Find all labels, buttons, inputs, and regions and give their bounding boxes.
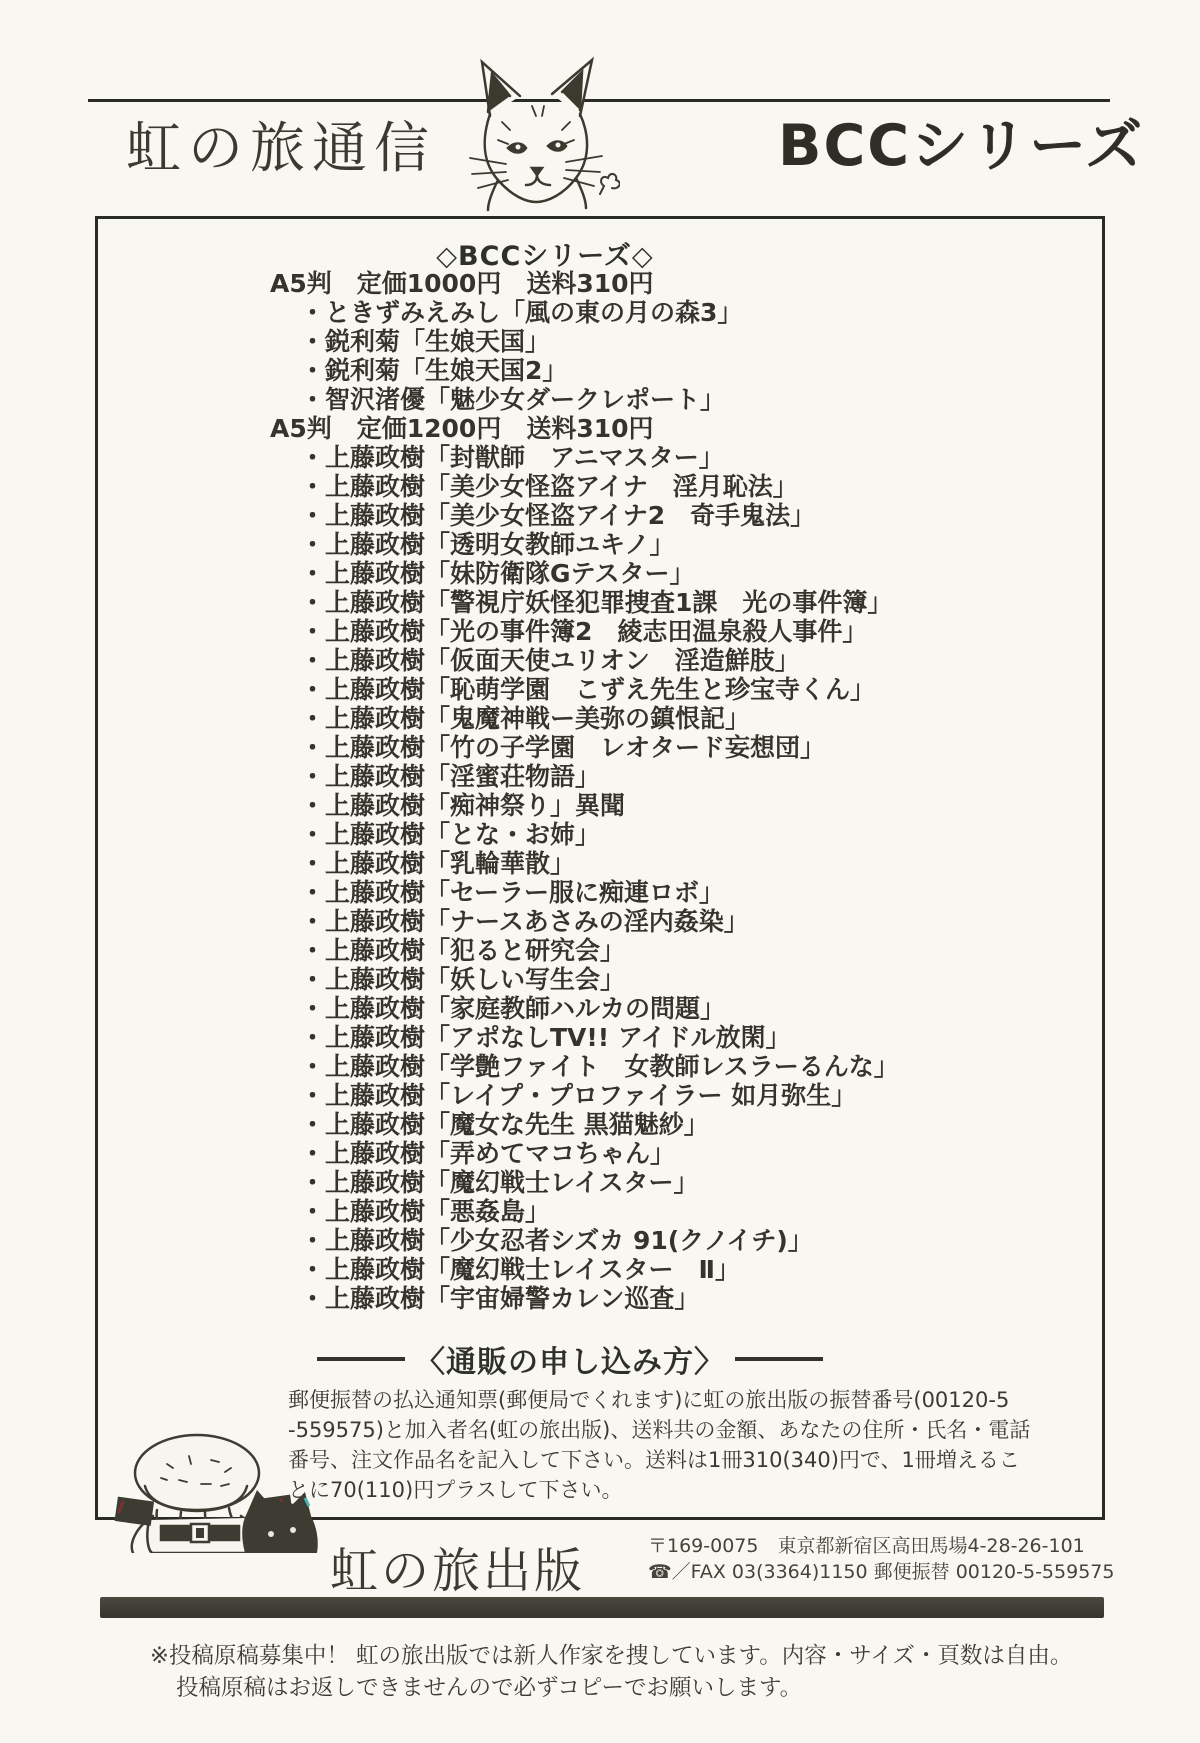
dash-rule-left xyxy=(317,1357,405,1361)
catalog-item: ・上藤政樹「魔女な先生 黒猫魅紗」 xyxy=(98,1110,1102,1139)
catalog-item: ・上藤政樹「犯ると研究会」 xyxy=(98,936,1102,965)
publisher-address: 〒169-0075 東京都新宿区高田馬場4-28-26-101 ☎／FAX 03… xyxy=(648,1533,1114,1585)
catalog-item: ・上藤政樹「レイプ・プロファイラー 如月弥生」 xyxy=(98,1081,1102,1110)
catalog-section-header: A5判 定価1000円 送料310円 xyxy=(98,269,1102,298)
ordering-line: 番号、注文作品名を記入して下さい。送料は1冊310(340)円で、1冊増えるこ xyxy=(288,1445,1018,1475)
catalog-item: ・上藤政樹「恥萌学園 こずえ先生と珍宝寺くん」 xyxy=(98,675,1102,704)
mascot-illustration xyxy=(105,1258,320,1553)
submission-note-line1: ※投稿原稿募集中！ 虹の旅出版では新人作家を捜しています。内容・サイズ・頁数は自… xyxy=(150,1638,1072,1670)
catalog-item: ・上藤政樹「妖しい写生会」 xyxy=(98,965,1102,994)
submission-note-line2: 投稿原稿はお返しできませんので必ずコピーでお願いします。 xyxy=(176,1670,802,1702)
catalog-item: ・上藤政樹「封獣師 アニマスター」 xyxy=(98,443,1102,472)
catalog-item: ・上藤政樹「学艶ファイト 女教師レスラーるんな」 xyxy=(98,1052,1102,1081)
catalog-item: ・上藤政樹「鬼魔神戦ー美弥の鎮恨記」 xyxy=(98,704,1102,733)
catalog-item: ・上藤政樹「悪姦島」 xyxy=(98,1197,1102,1226)
bottom-divider-bar xyxy=(100,1597,1104,1618)
ordering-instructions: 郵便振替の払込通知票(郵便局でくれます)に虹の旅出版の振替番号(00120-5 … xyxy=(288,1385,1018,1505)
catalog-item: ・上藤政樹「家庭教師ハルカの問題」 xyxy=(98,994,1102,1023)
catalog-item: ・上藤政樹「美少女怪盗アイナ2 奇手鬼法」 xyxy=(98,501,1102,530)
scanned-page: 虹の旅通信 BCCシリーズ xyxy=(0,0,1200,1743)
catalog-item: ・上藤政樹「少女忍者シズカ 91(クノイチ)」 xyxy=(98,1226,1102,1255)
catalog-item: ・上藤政樹「警視庁妖怪犯罪捜査1課 光の事件簿」 xyxy=(98,588,1102,617)
publisher-name: 虹の旅出版 xyxy=(330,1532,585,1601)
publisher-phone-line: ☎／FAX 03(3364)1150 郵便振替 00120-5-559575 xyxy=(648,1559,1114,1585)
catalog-heading: ◇BCCシリーズ◇ xyxy=(98,234,992,273)
catalog-item: ・鋭利菊「生娘天国」 xyxy=(98,327,1102,356)
catalog-item: ・上藤政樹「妹防衛隊Gテスター」 xyxy=(98,559,1102,588)
catalog-item: ・智沢渚優「魅少女ダークレポート」 xyxy=(98,385,1102,414)
dash-rule-right xyxy=(735,1357,823,1361)
catalog-item: ・上藤政樹「美少女怪盗アイナ 淫月恥法」 xyxy=(98,472,1102,501)
publisher-postal-address: 〒169-0075 東京都新宿区高田馬場4-28-26-101 xyxy=(648,1533,1114,1559)
catalog-item: ・上藤政樹「竹の子学園 レオタード妄想団」 xyxy=(98,733,1102,762)
catalog-item: ・上藤政樹「ナースあさみの淫内姦染」 xyxy=(98,907,1102,936)
ordering-line: 郵便振替の払込通知票(郵便局でくれます)に虹の旅出版の振替番号(00120-5 xyxy=(288,1385,1018,1415)
cat-face-illustration xyxy=(452,52,620,214)
ordering-heading-text: 〈通販の申し込み方〉 xyxy=(415,1337,725,1381)
catalog-item: ・ときずみえみし「風の東の月の森3」 xyxy=(98,298,1102,327)
catalog-item: ・上藤政樹「アポなしTV!! アイドル放閑」 xyxy=(98,1023,1102,1052)
catalog-item: ・上藤政樹「光の事件簿2 綾志田温泉殺人事件」 xyxy=(98,617,1102,646)
catalog-item: ・上藤政樹「魔幻戦士レイスター」 xyxy=(98,1168,1102,1197)
ordering-line: -559575)と加入者名(虹の旅出版)、送料共の金額、あなたの住所・氏名・電話 xyxy=(288,1415,1018,1445)
catalog-item: ・鋭利菊「生娘天国2」 xyxy=(98,356,1102,385)
catalog-item: ・上藤政樹「淫蜜荘物語」 xyxy=(98,762,1102,791)
catalog-item: ・上藤政樹「透明女教師ユキノ」 xyxy=(98,530,1102,559)
ordering-line: とに70(110)円プラスして下さい。 xyxy=(288,1475,1018,1505)
series-title: BCCシリーズ xyxy=(778,100,1144,182)
catalog-item: ・上藤政樹「とな・お姉」 xyxy=(98,820,1102,849)
catalog-item: ・上藤政樹「弄めてマコちゃん」 xyxy=(98,1139,1102,1168)
catalog-section-header: A5判 定価1200円 送料310円 xyxy=(98,414,1102,443)
catalog-item: ・上藤政樹「痴神祭り」異聞 xyxy=(98,791,1102,820)
catalog-list: A5判 定価1000円 送料310円 ・ときずみえみし「風の東の月の森3」 ・鋭… xyxy=(98,269,1102,1313)
catalog-item: ・上藤政樹「乳輪華散」 xyxy=(98,849,1102,878)
catalog-item: ・上藤政樹「セーラー服に痴連ロボ」 xyxy=(98,878,1102,907)
catalog-item: ・上藤政樹「仮面天使ユリオン 淫造鮮肢」 xyxy=(98,646,1102,675)
newsletter-title: 虹の旅通信 xyxy=(126,104,436,183)
